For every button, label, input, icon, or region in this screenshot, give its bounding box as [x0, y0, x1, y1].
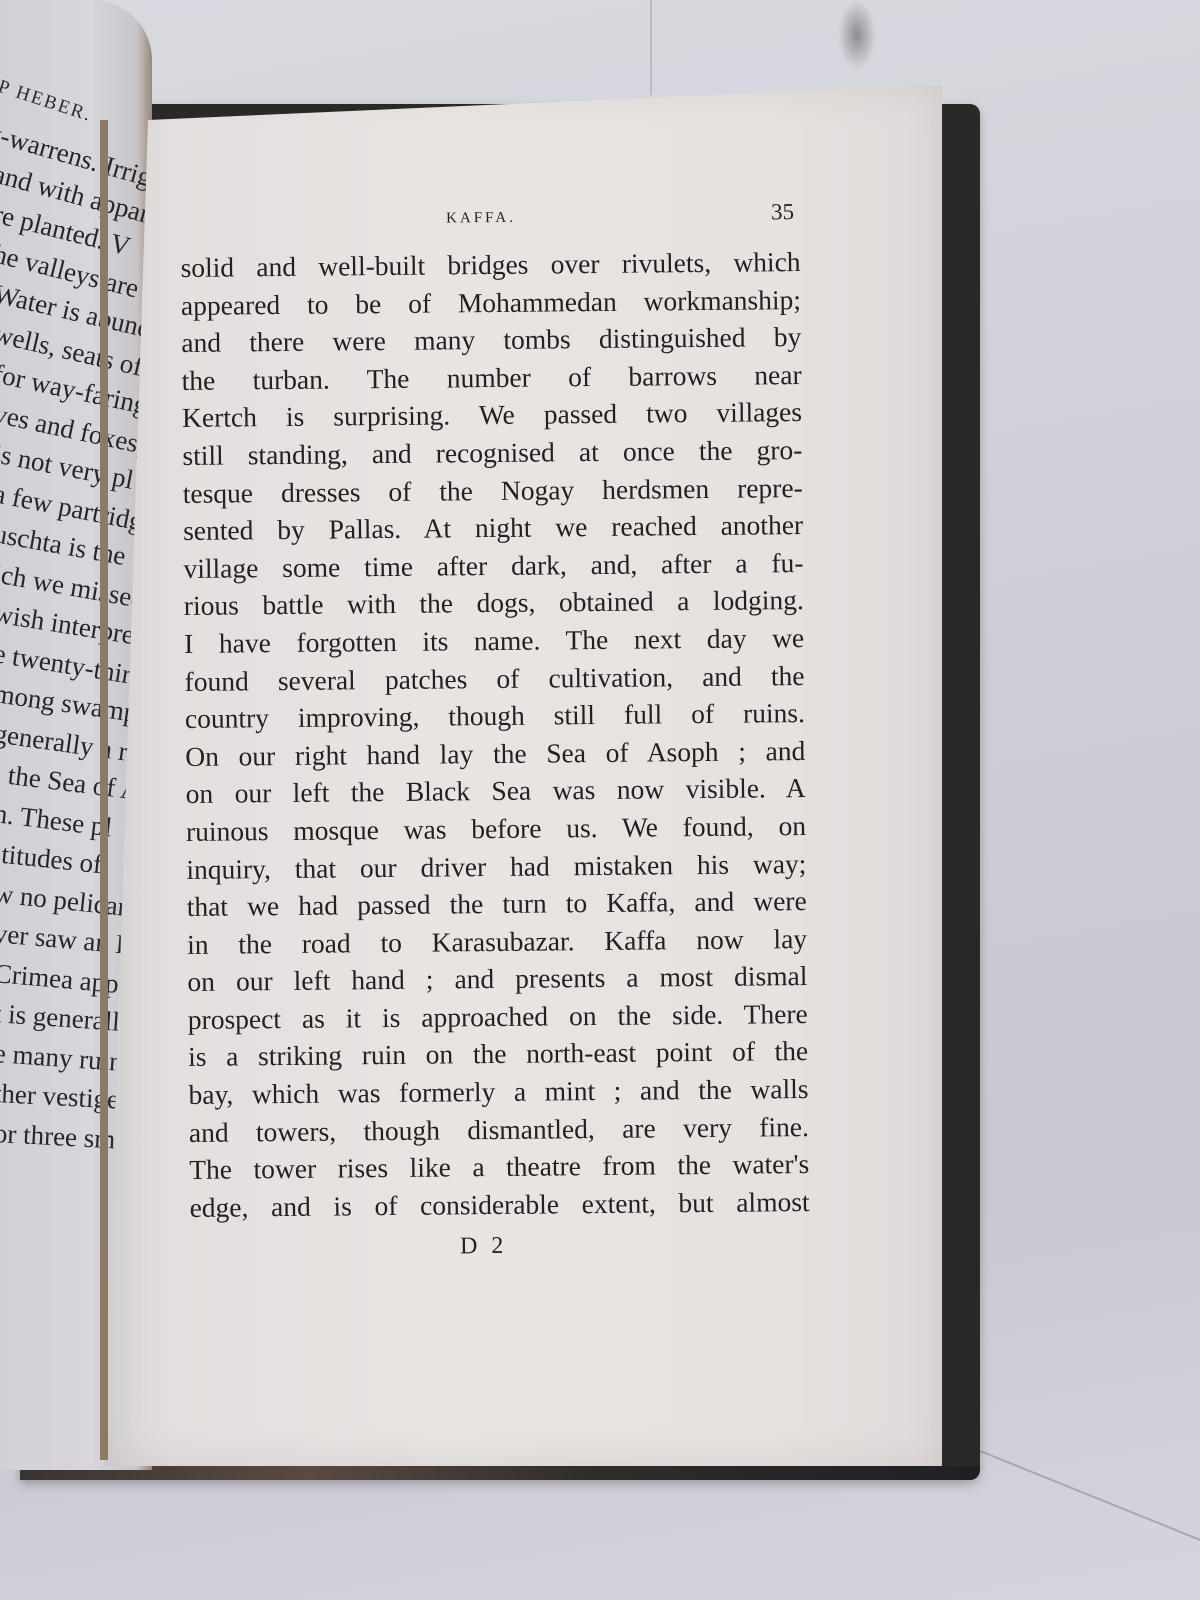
- text-line: I have forgotten its name. The next day …: [184, 619, 804, 663]
- text-line: appeared to be of Mohammedan workmanship…: [181, 281, 801, 325]
- text-line: still standing, and recognised at once t…: [182, 431, 802, 475]
- chapter-title: KAFFA.: [446, 210, 516, 228]
- text-line: in the road to Karasubazar. Kaffa now la…: [187, 920, 807, 964]
- wall-crack: [650, 0, 652, 95]
- text-line: ruinous mosque was before us. We found, …: [186, 807, 806, 851]
- text-line: and towers, though dismantled, are very …: [189, 1108, 809, 1152]
- surface-crack: [980, 1450, 1200, 1549]
- text-line: is a striking ruin on the north-east poi…: [188, 1032, 808, 1076]
- text-line: tesque dresses of the Nogay herdsmen rep…: [183, 469, 803, 513]
- surface-stain: [838, 0, 876, 70]
- signature-mark: D 2: [460, 1230, 810, 1260]
- text-line: On our right hand lay the Sea of Asoph ;…: [185, 732, 805, 776]
- left-line: e many ruins: [0, 1038, 134, 1079]
- left-line: h. These pl: [0, 798, 114, 843]
- text-line: and there were many tombs distinguished …: [181, 318, 801, 362]
- left-running-head: P HEBER.: [0, 76, 95, 127]
- text-line: that we had passed the turn to Kaffa, an…: [187, 882, 807, 926]
- text-line: prospect as it is approached on the side…: [188, 995, 808, 1039]
- running-head: KAFFA. 35: [180, 199, 800, 231]
- text-line: rious battle with the dogs, obtained a l…: [184, 581, 804, 625]
- text-line: village some time after dark, and, after…: [183, 544, 803, 588]
- text-line: country improving, though still full of …: [185, 694, 805, 738]
- text-line: Kertch is surprising. We passed two vill…: [182, 393, 802, 437]
- left-line: ltitudes of: [0, 838, 104, 880]
- page-number: 35: [771, 199, 794, 225]
- text-line: the turban. The number of barrows near: [182, 356, 802, 400]
- text-line: solid and well-built bridges over rivule…: [180, 243, 800, 287]
- text-line: The tower rises like a theatre from the …: [189, 1145, 809, 1189]
- text-line: edge, and is of considerable extent, but…: [189, 1183, 809, 1227]
- left-line: ver saw an E: [0, 918, 134, 961]
- text-line: sented by Pallas. At night we reached an…: [183, 506, 803, 550]
- text-line: bay, which was formerly a mint ; and the…: [188, 1070, 808, 1114]
- right-page-text: KAFFA. 35 solid and well-built bridges o…: [180, 199, 810, 1263]
- text-line: found several patches of cultivation, an…: [184, 657, 804, 701]
- text-line: inquiry, that our driver had mistaken hi…: [186, 845, 806, 889]
- cover-edge: [20, 1466, 980, 1480]
- left-line: t is generally: [0, 998, 134, 1039]
- left-line: ther vestiges: [0, 1078, 130, 1116]
- page-gutter: [100, 120, 108, 1460]
- text-line: on our left hand ; and presents a most d…: [187, 957, 807, 1001]
- text-line: on our left the Black Sea was now visibl…: [185, 769, 805, 813]
